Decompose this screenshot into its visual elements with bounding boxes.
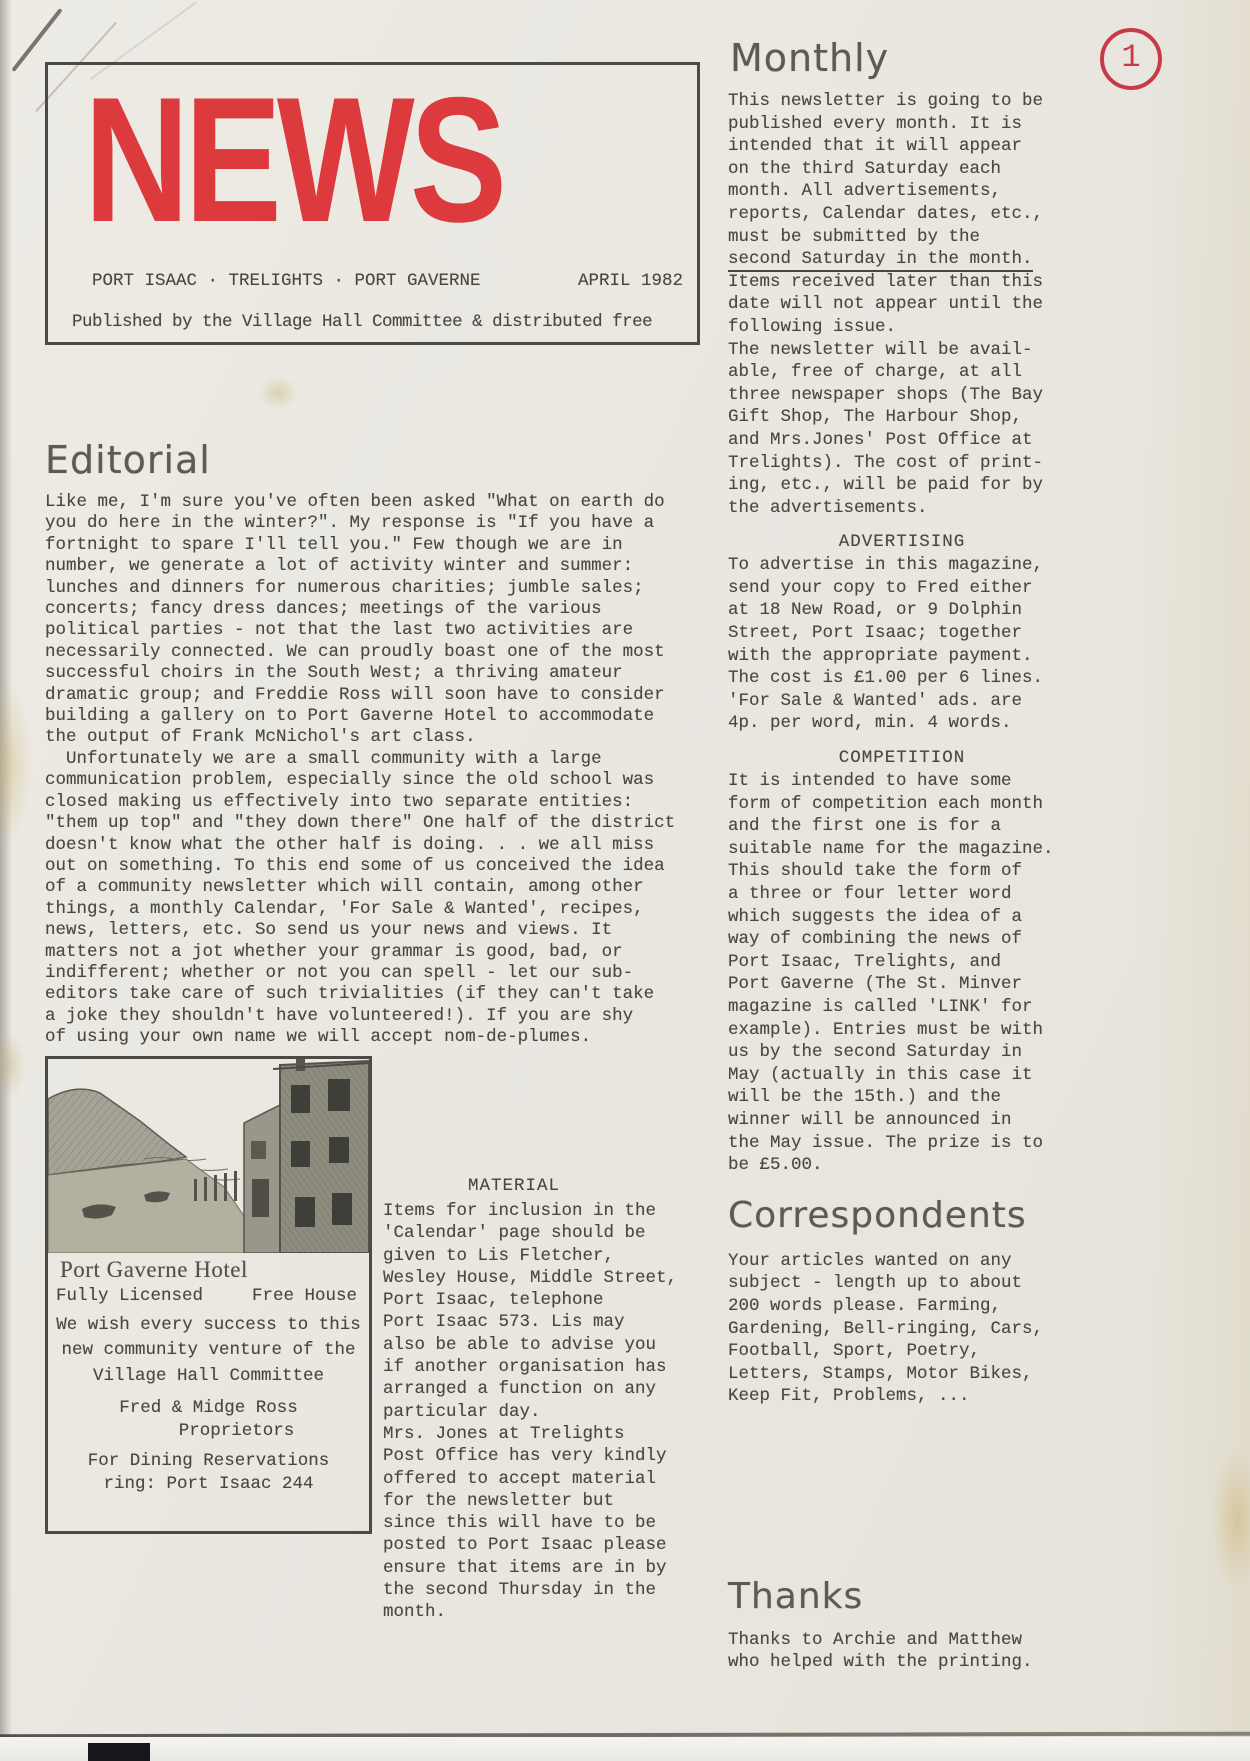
masthead-date: APRIL 1982 xyxy=(578,271,683,291)
thanks-body: Thanks to Archie and Matthew who helped … xyxy=(728,1629,1076,1674)
masthead-box: NEWS PORT ISAAC · TRELIGHTS · PORT GAVER… xyxy=(45,62,700,345)
material-section: MATERIAL Items for inclusion in the 'Cal… xyxy=(383,1176,715,1624)
monthly-text: Items received later than this date will… xyxy=(728,272,1043,518)
page-number-badge: 1 xyxy=(1100,28,1162,90)
monthly-body: This newsletter is going to be published… xyxy=(728,90,1076,519)
material-heading: MATERIAL xyxy=(383,1176,715,1196)
material-paragraph: Mrs. Jones at Trelights Post Office has … xyxy=(383,1423,715,1624)
editorial-section: Editorial Like me, I'm sure you've often… xyxy=(45,438,713,1049)
hotel-phone-line: ring: Port Isaac 244 xyxy=(48,1474,369,1494)
monthly-text: This newsletter is going to be published… xyxy=(728,91,1043,247)
correspondents-heading: Correspondents xyxy=(728,1195,1076,1236)
monthly-deadline-underlined: second Saturday in the month. xyxy=(728,249,1033,272)
masthead-subtitle-row: PORT ISAAC · TRELIGHTS · PORT GAVERNE AP… xyxy=(92,271,683,291)
hotel-license-row: Fully Licensed Free House xyxy=(48,1286,369,1306)
newsletter-title: NEWS xyxy=(84,71,502,249)
scan-bottom-strip xyxy=(0,1737,1250,1761)
masthead-locations: PORT ISAAC · TRELIGHTS · PORT GAVERNE xyxy=(92,271,481,291)
hotel-proprietors: Fred & Midge Ross xyxy=(48,1398,369,1418)
hotel-license-right: Free House xyxy=(252,1286,357,1306)
hotel-illustration xyxy=(48,1059,369,1253)
editorial-paragraph: Unfortunately we are a small community w… xyxy=(45,749,713,1049)
scan-right-tint xyxy=(1140,0,1250,1761)
competition-heading: COMPETITION xyxy=(728,748,1076,768)
hotel-license-left: Fully Licensed xyxy=(56,1286,203,1306)
editorial-paragraph: Like me, I'm sure you've often been aske… xyxy=(45,492,713,749)
paper-stain xyxy=(258,376,298,410)
hotel-advert-box: Port Gaverne Hotel Fully Licensed Free H… xyxy=(45,1056,372,1534)
newsletter-page: NEWS PORT ISAAC · TRELIGHTS · PORT GAVER… xyxy=(0,0,1250,1761)
thanks-heading: Thanks xyxy=(728,1576,1076,1617)
advertising-heading: ADVERTISING xyxy=(728,532,1076,552)
editorial-heading: Editorial xyxy=(45,438,713,482)
correspondents-body: Your articles wanted on any subject - le… xyxy=(728,1250,1076,1408)
scan-bottom-mark xyxy=(88,1743,150,1761)
advertising-body: To advertise in this magazine, send your… xyxy=(728,554,1076,735)
masthead-published-line: Published by the Village Hall Committee … xyxy=(72,312,652,332)
competition-body: It is intended to have some form of comp… xyxy=(728,770,1076,1177)
material-paragraph: Items for inclusion in the 'Calendar' pa… xyxy=(383,1200,715,1423)
hotel-proprietors-title: Proprietors xyxy=(76,1421,397,1441)
hotel-goodwill-message: We wish every success to this new commun… xyxy=(48,1313,369,1389)
hotel-name-caption: Port Gaverne Hotel xyxy=(60,1257,369,1283)
right-column: Monthly This newsletter is going to be p… xyxy=(728,36,1076,1674)
scan-edge-shadow xyxy=(0,0,12,1761)
page-number: 1 xyxy=(1121,39,1140,76)
hotel-dining-line: For Dining Reservations xyxy=(48,1451,369,1471)
monthly-heading: Monthly xyxy=(730,36,1076,80)
